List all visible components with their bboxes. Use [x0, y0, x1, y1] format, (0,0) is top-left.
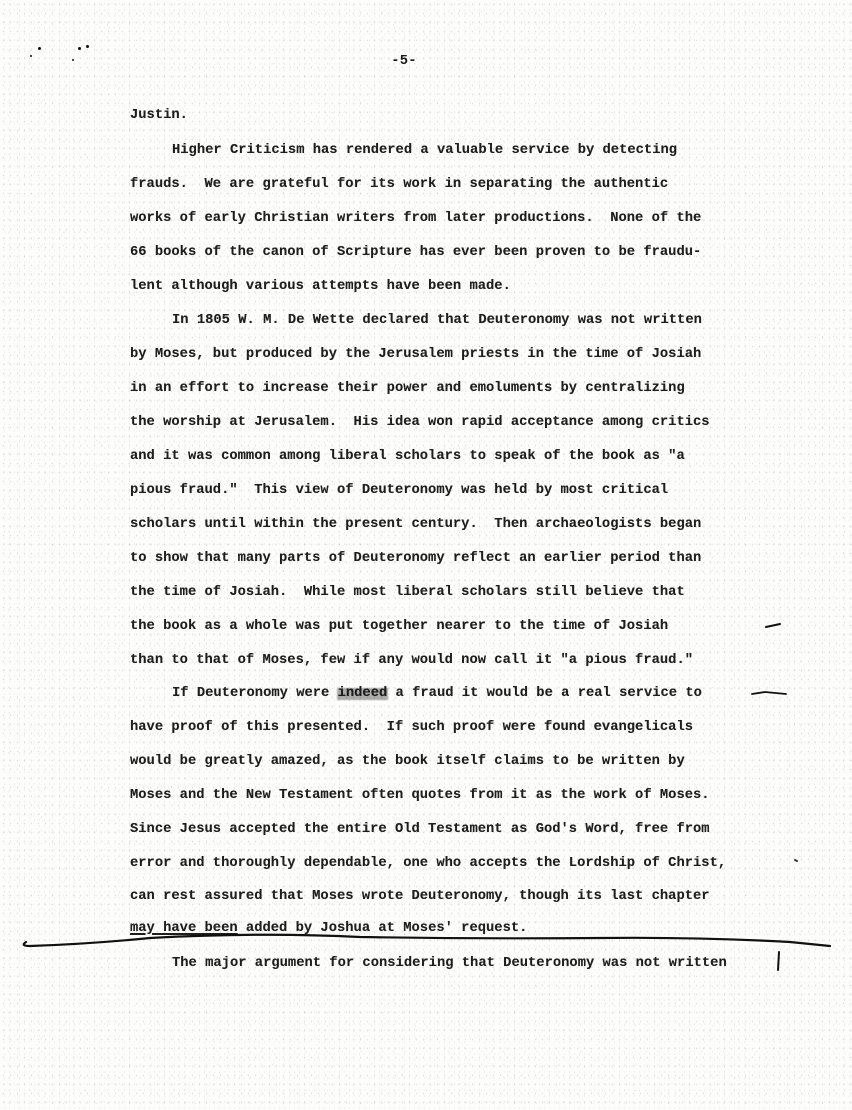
document-page: -5- Justin. Higher Criticism has rendere… — [0, 0, 852, 1110]
margin-dash-2-icon — [752, 692, 786, 694]
handwritten-marks-layer — [0, 0, 852, 1110]
margin-dot-icon — [795, 860, 797, 861]
margin-vertical-tick-icon — [778, 952, 779, 970]
section-divider-line-icon — [24, 935, 830, 946]
margin-dash-1-icon — [766, 624, 780, 627]
